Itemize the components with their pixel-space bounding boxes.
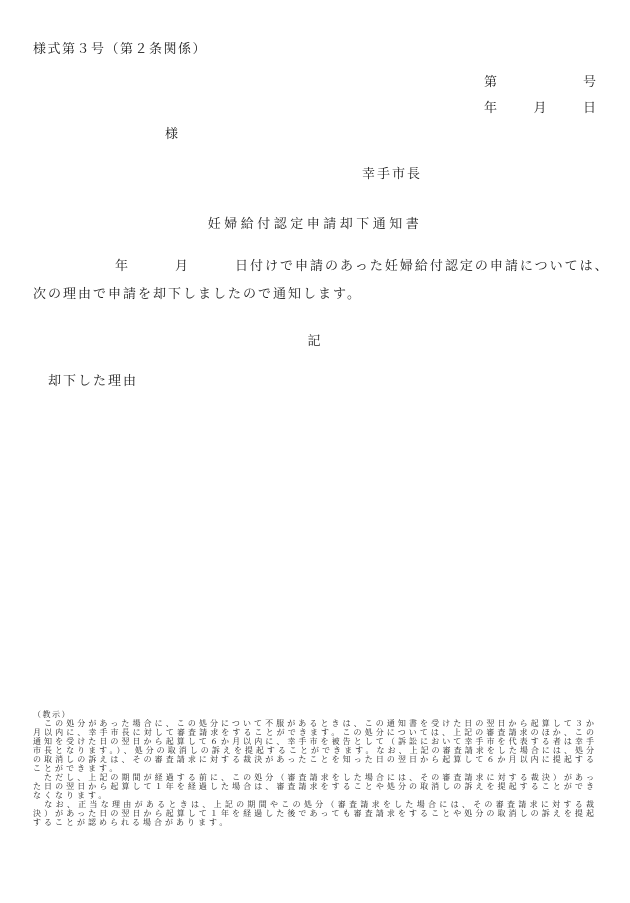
doc-number-prefix: 第 (484, 71, 497, 90)
kyouji-notes-section: （教示） この処分があった場合に、この処分について不服があるときは、この通知書を… (33, 710, 597, 827)
document-page: 様式第３号（第２条関係） 第 号 年 月 日 様 幸手市長 妊婦給付認定申請却下… (0, 0, 630, 903)
sender-name: 幸手市長 (362, 163, 422, 182)
body-text-line1: 年 月 日付けで申請のあった妊婦給付認定の申請については、 (33, 255, 610, 274)
date-day-label: 日 (583, 97, 596, 116)
date-year-label: 年 (484, 97, 497, 116)
ki-section-heading: 記 (0, 330, 630, 349)
document-number-row: 第 号 (484, 71, 596, 90)
notes-paragraph-3: なお、正当な理由があるときは、上記の期間やこの処分（審査請求をした場合には、その… (33, 800, 597, 827)
doc-number-suffix: 号 (583, 71, 596, 90)
form-number-label: 様式第３号（第２条関係） (33, 38, 207, 57)
addressee-honorific: 様 (165, 123, 180, 142)
notes-paragraph-2: ただし、上記の期間が経過する前に、この処分（審査請求をした場合には、その審査請求… (33, 773, 597, 800)
body-text-line2: 次の理由で申請を却下しましたので通知します。 (33, 283, 362, 302)
notes-paragraph-1: この処分があった場合に、この処分について不服があるときは、この通知書を受けた日の… (33, 719, 597, 773)
date-month-label: 月 (533, 97, 546, 116)
rejection-reason-label: 却下した理由 (48, 370, 138, 389)
date-row: 年 月 日 (484, 97, 596, 116)
document-title: 妊婦給付認定申請却下通知書 (0, 213, 630, 232)
notes-heading: （教示） (33, 710, 597, 719)
